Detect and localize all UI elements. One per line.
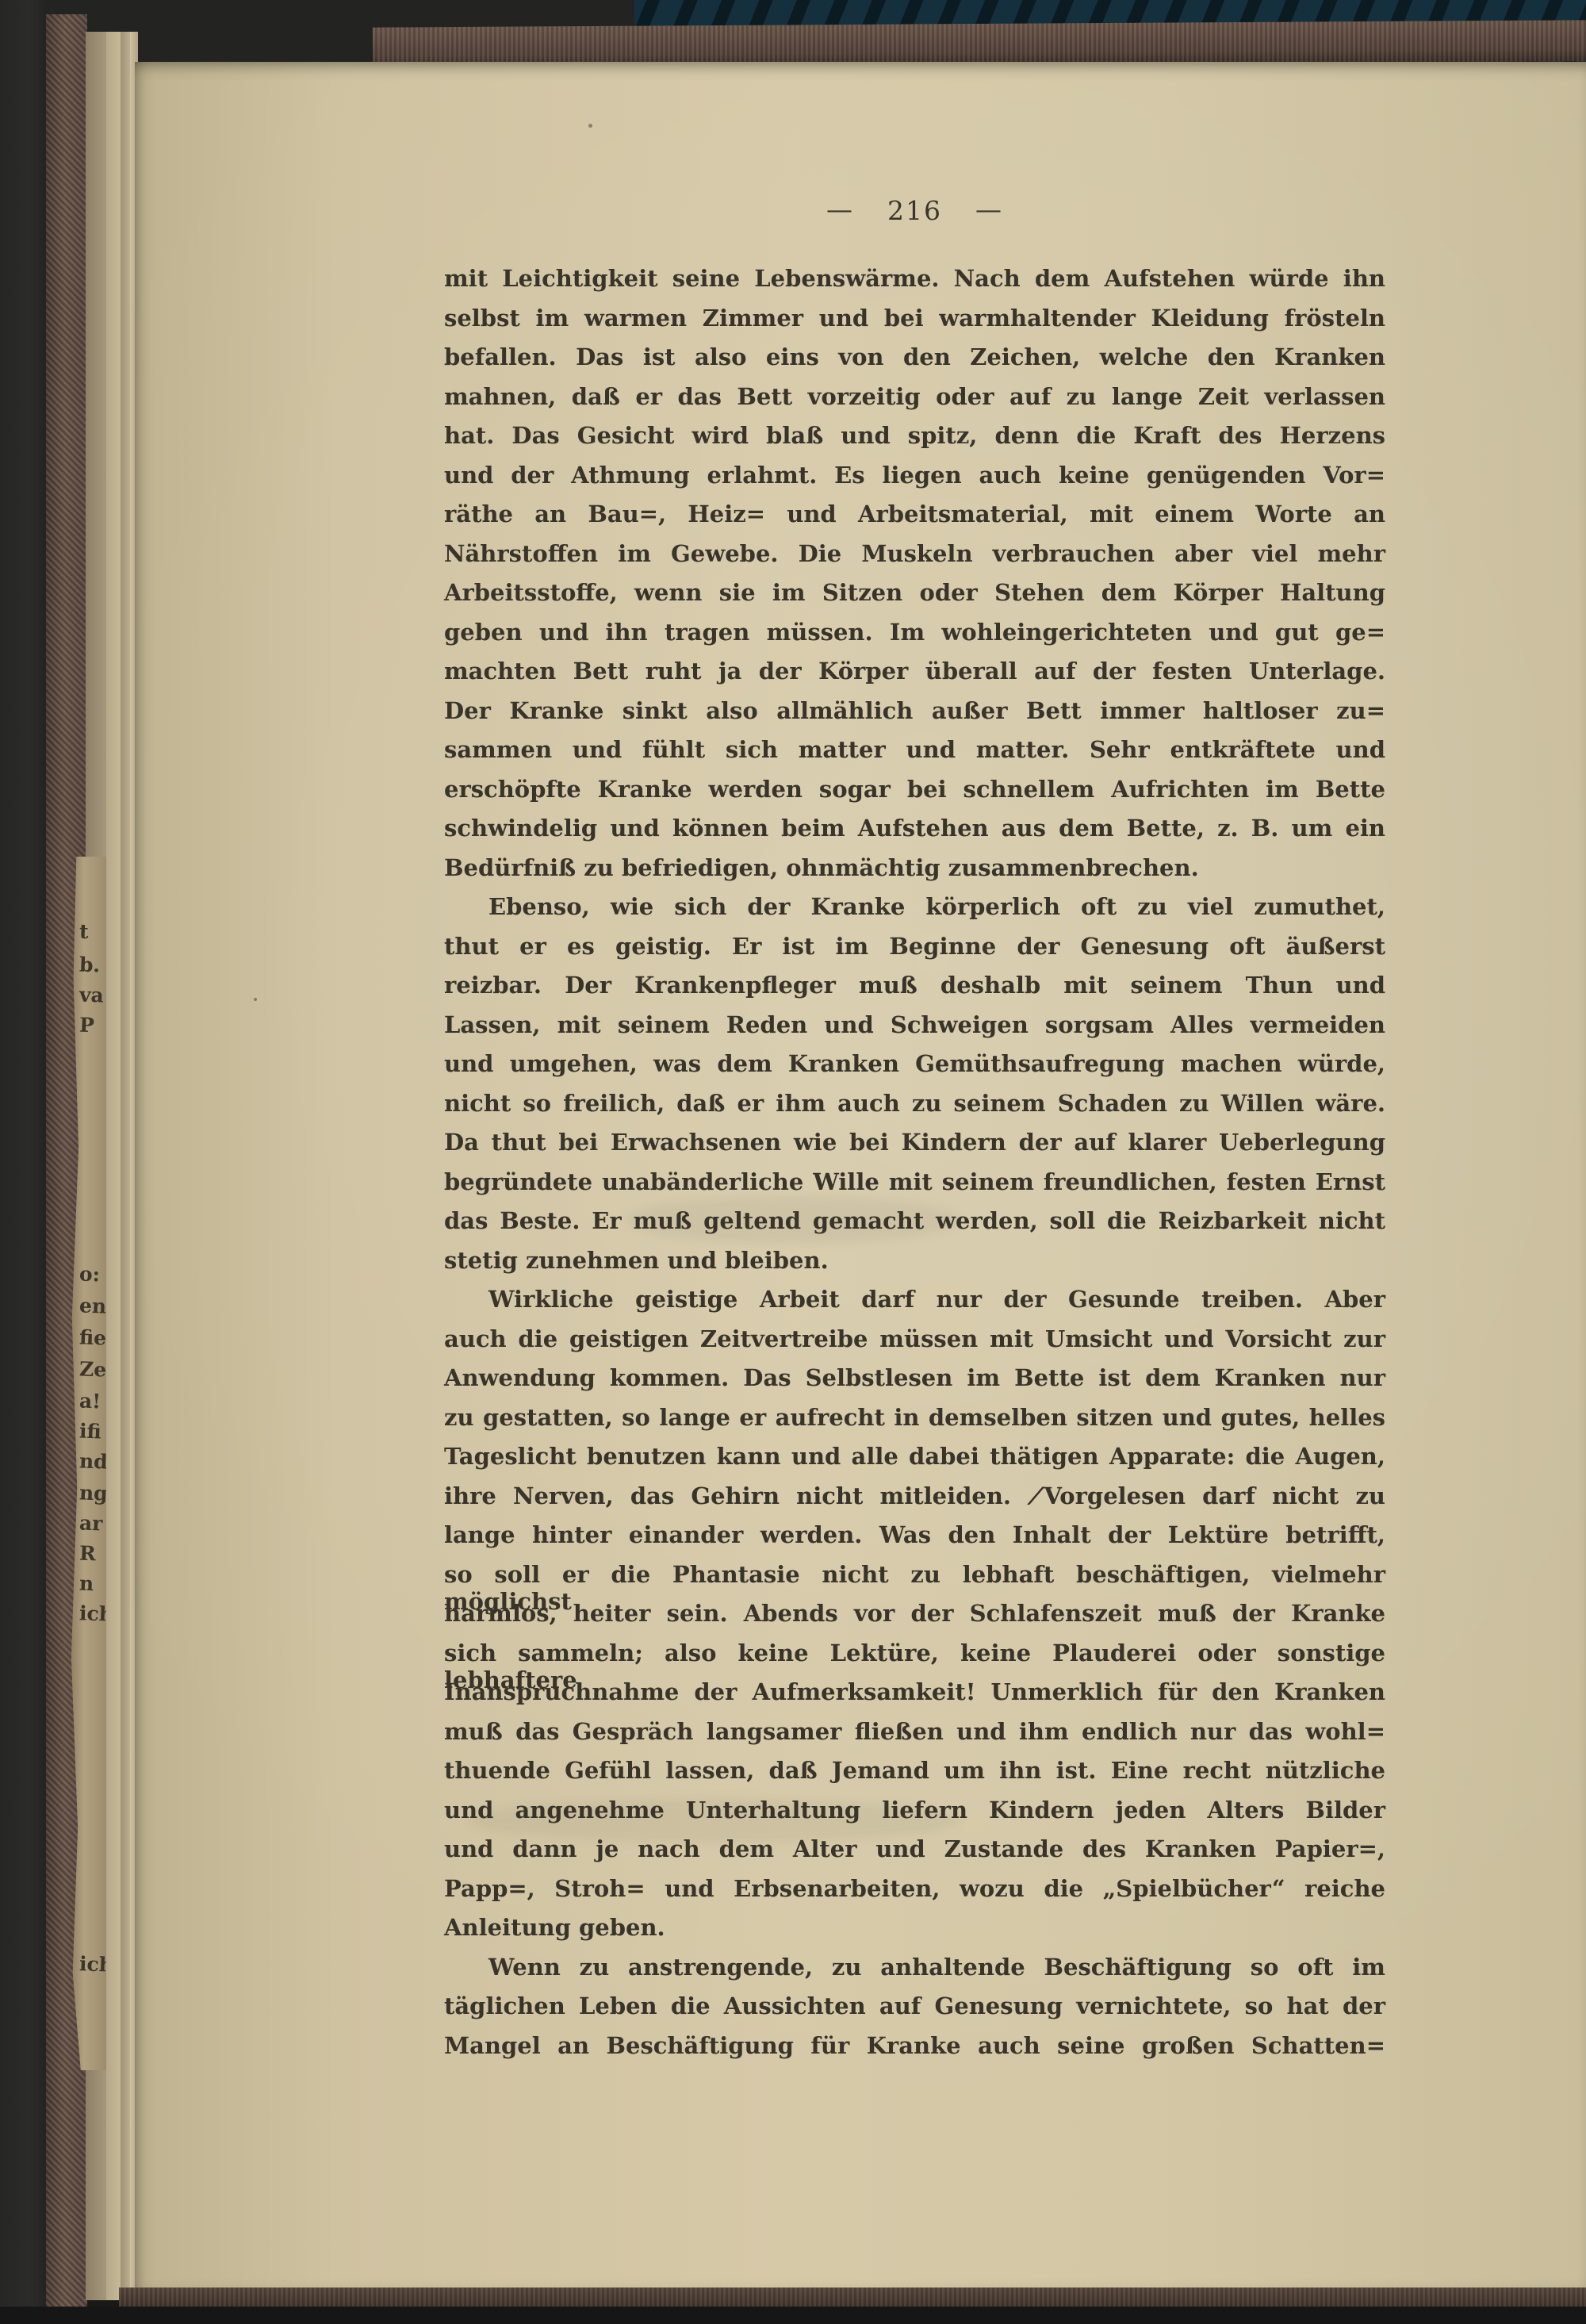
text-line: Mangel an Beschäftigung für Kranke auch … — [444, 2032, 1385, 2072]
text-line: schwindelig und können beim Aufstehen au… — [444, 815, 1385, 854]
edge-text-fragment: ng — [79, 1481, 109, 1505]
text-line: mahnen, daß er das Bett vorzeitig oder a… — [444, 383, 1385, 423]
text-line: ihre Nerven, das Gehirn nicht mitleiden.… — [444, 1482, 1385, 1522]
paper-speck — [588, 124, 592, 128]
text-line: reizbar. Der Krankenpfleger muß deshalb … — [444, 972, 1385, 1011]
text-line: Wirkliche geistige Arbeit darf nur der G… — [444, 1286, 1385, 1325]
edge-text-fragment: t — [79, 920, 89, 943]
text-line: machten Bett ruht ja der Körper überall … — [444, 658, 1385, 697]
edge-text-fragment: R — [79, 1542, 97, 1566]
text-line: Arbeitsstoffe, wenn sie im Sitzen oder S… — [444, 579, 1385, 619]
text-line: zu gestatten, so lange er aufrecht in de… — [444, 1404, 1385, 1444]
text-line: Inanspruchnahme der Aufmerksamkeit! Unme… — [444, 1678, 1385, 1718]
edge-text-fragment: ifi — [79, 1420, 102, 1444]
edge-text-fragment: nd — [79, 1449, 109, 1473]
text-line: Anleitung geben. — [444, 1914, 1385, 1954]
edge-text-fragment: ar — [79, 1511, 103, 1535]
backdrop-left — [0, 0, 49, 2324]
edge-text-fragment: a! — [79, 1390, 102, 1413]
backdrop-bottom — [0, 2307, 1586, 2324]
edge-text-fragment: n — [79, 1572, 94, 1596]
text-line: so soll er die Phantasie nicht zu lebhaf… — [444, 1561, 1385, 1601]
text-block: mit Leichtigkeit seine Lebenswärme. Nach… — [444, 265, 1385, 2071]
page-number: 216 — [887, 195, 942, 226]
text-line: Ebenso, wie sich der Kranke körperlich o… — [444, 893, 1385, 933]
edge-text-fragment: va — [79, 983, 105, 1007]
text-line: begründete unabänderliche Wille mit sein… — [444, 1168, 1385, 1208]
text-line: das Beste. Er muß geltend gemacht werden… — [444, 1207, 1385, 1247]
text-line: Anwendung kommen. Das Selbstlesen im Bet… — [444, 1364, 1385, 1404]
text-line: Lassen, mit seinem Reden und Schweigen s… — [444, 1011, 1385, 1051]
text-line: Papp=, Stroh= und Erbsenarbeiten, wozu d… — [444, 1875, 1385, 1915]
text-line: befallen. Das ist also eins von den Zeic… — [444, 343, 1385, 383]
page-stack-edge — [121, 32, 130, 2300]
edge-text-fragment: o: — [79, 1263, 101, 1287]
text-line: muß das Gespräch langsamer fließen und i… — [444, 1718, 1385, 1758]
page-stack-edge — [106, 32, 121, 2300]
text-line: sammen und fühlt sich matter und matter.… — [444, 736, 1385, 776]
text-line: hat. Das Gesicht wird blaß und spitz, de… — [444, 422, 1385, 462]
text-line: geben und ihn tragen müssen. Im wohleing… — [444, 619, 1385, 658]
text-line: thuende Gefühl lassen, daß Jemand um ihn… — [444, 1757, 1385, 1797]
header-dash-left: — — [826, 194, 854, 224]
text-line: thut er es geistig. Er ist im Beginne de… — [444, 933, 1385, 972]
text-line: und der Athmung erlahmt. Es liegen auch … — [444, 462, 1385, 501]
text-line: lange hinter einander werden. Was den In… — [444, 1521, 1385, 1561]
edge-text-fragment: fie — [79, 1325, 107, 1349]
text-line: täglichen Leben die Aussichten auf Genes… — [444, 1992, 1385, 2032]
edge-text-fragment: b. — [79, 953, 101, 977]
text-line: selbst im warmen Zimmer und bei warmhalt… — [444, 305, 1385, 344]
book-page: —216— mit Leichtigkeit seine Lebenswärme… — [135, 62, 1586, 2288]
text-line: auch die geistigen Zeitvertreibe müssen … — [444, 1325, 1385, 1365]
text-line: Wenn zu anstrengende, zu anhaltende Besc… — [444, 1954, 1385, 1993]
edge-text-fragment: en — [79, 1294, 107, 1317]
text-line: räthe an Bau=, Heiz= und Arbeitsmaterial… — [444, 500, 1385, 540]
paper-speck — [254, 998, 257, 1001]
header-dash-right: — — [975, 194, 1003, 224]
text-line: nicht so freilich, daß er ihm auch zu se… — [444, 1090, 1385, 1129]
text-line: Nährstoffen im Gewebe. Die Muskeln verbr… — [444, 540, 1385, 580]
text-line: stetig zunehmen und bleiben. — [444, 1247, 1385, 1287]
edge-text-fragment: P — [79, 1014, 94, 1037]
page-header: —216— — [444, 195, 1385, 226]
text-line: erschöpfte Kranke werden sogar bei schne… — [444, 776, 1385, 815]
text-line: harmlos, heiter sein. Abends vor der Sch… — [444, 1600, 1385, 1639]
text-line: und umgehen, was dem Kranken Gemüthsaufr… — [444, 1050, 1385, 1090]
text-line: Tageslicht benutzen kann und alle dabei … — [444, 1443, 1385, 1482]
text-line: und angenehme Unterhaltung liefern Kinde… — [444, 1797, 1385, 1836]
book-photo: tb.vaPo:enfieZea!ifindngarRnichich —216—… — [0, 0, 1586, 2324]
text-line: Der Kranke sinkt also allmählich außer B… — [444, 697, 1385, 737]
text-line: und dann je nach dem Alter und Zustande … — [444, 1835, 1385, 1875]
text-line: Da thut bei Erwachsenen wie bei Kindern … — [444, 1129, 1385, 1168]
edge-text-fragment: Ze — [79, 1357, 107, 1381]
text-line: Bedürfniß zu befriedigen, ohnmächtig zus… — [444, 854, 1385, 894]
text-line: sich sammeln; also keine Lektüre, keine … — [444, 1639, 1385, 1679]
text-line: mit Leichtigkeit seine Lebenswärme. Nach… — [444, 265, 1385, 305]
